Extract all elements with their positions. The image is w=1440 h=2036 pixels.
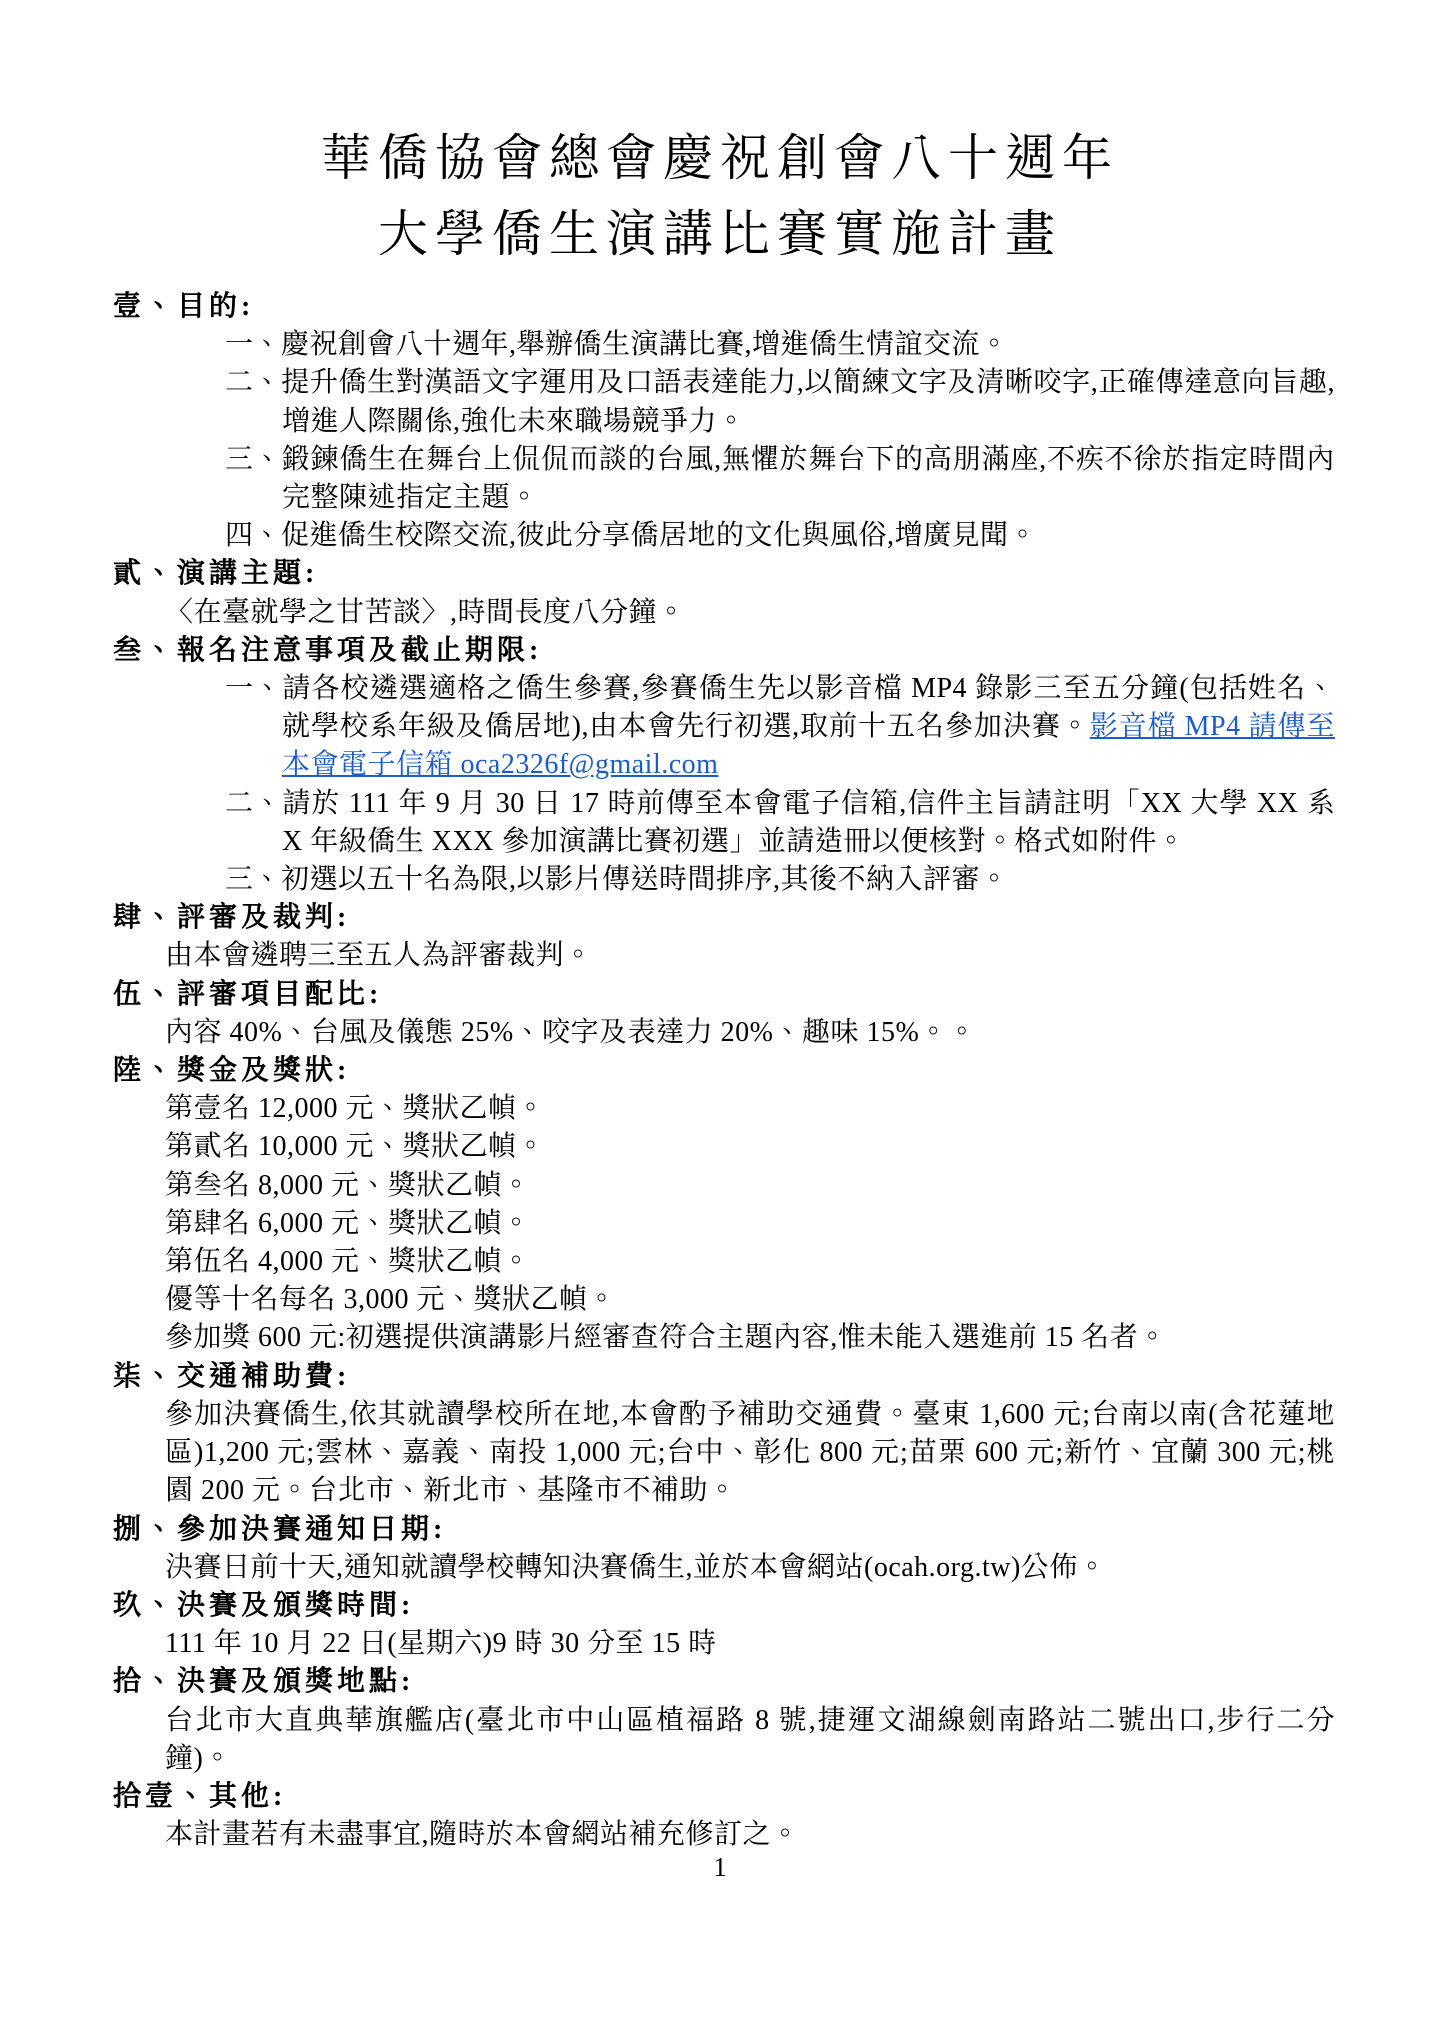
item-number-label: 二、 [225, 788, 282, 819]
paragraph-item: 第貳名 10,000 元、獎狀乙幀。 [165, 1128, 1335, 1166]
paragraph-item: 台北市大直典華旗艦店(臺北市中山區植福路 8 號,捷運文湖線劍南路站二號出口,步… [165, 1702, 1335, 1778]
paragraph-item: 第叁名 8,000 元、獎狀乙幀。 [165, 1167, 1335, 1205]
section-heading: 叁、報名注意事項及截止期限: [113, 632, 1340, 670]
section-heading: 肆、評審及裁判: [113, 899, 1340, 937]
item-text: 第伍名 4,000 元、獎狀乙幀。 [165, 1246, 531, 1277]
item-text: 第叁名 8,000 元、獎狀乙幀。 [165, 1170, 531, 1201]
document-section: 壹、目的: 一、慶祝創會八十週年,舉辦僑生演講比賽,增進僑生情誼交流。二、提升僑… [0, 288, 1440, 555]
paragraph-item: 內容 40%、台風及儀態 25%、咬字及表達力 20%、趣味 15%。。 [165, 1014, 1335, 1052]
section-heading: 壹、目的: [113, 288, 1340, 326]
section-heading: 玖、決賽及頒獎時間: [113, 1587, 1340, 1625]
paragraph-item: 優等十名每名 3,000 元、獎狀乙幀。 [165, 1281, 1335, 1319]
item-text: 第壹名 12,000 元、獎狀乙幀。 [165, 1093, 545, 1124]
item-text: 優等十名每名 3,000 元、獎狀乙幀。 [165, 1284, 616, 1315]
title-line-2: 大學僑生演講比賽實施計畫 [0, 196, 1440, 272]
paragraph-item: 參加決賽僑生,依其就讀學校所在地,本會酌予補助交通費。臺東 1,600 元;台南… [165, 1396, 1335, 1511]
section-items: 決賽日前十天,通知就讀學校轉知決賽僑生,並於本會網站(ocah.org.tw)公… [0, 1549, 1440, 1587]
item-text: 鍛鍊僑生在舞台上侃侃而談的台風,無懼於舞台下的高朋滿座,不疾不徐於指定時間內完整… [282, 444, 1335, 513]
item-number-label: 二、 [225, 367, 281, 398]
section-heading: 拾、決賽及頒獎地點: [113, 1663, 1340, 1701]
item-text: 由本會遴聘三至五人為評審裁判。 [165, 940, 593, 971]
paragraph-item: 由本會遴聘三至五人為評審裁判。 [165, 937, 1335, 975]
document-section: 叁、報名注意事項及截止期限: 一、請各校遴選適格之僑生參賽,參賽僑生先以影音檔 … [0, 632, 1440, 899]
document-body: 壹、目的: 一、慶祝創會八十週年,舉辦僑生演講比賽,增進僑生情誼交流。二、提升僑… [0, 288, 1440, 1854]
paragraph-item: 決賽日前十天,通知就讀學校轉知決賽僑生,並於本會網站(ocah.org.tw)公… [165, 1549, 1335, 1587]
document-title: 華僑協會總會慶祝創會八十週年 大學僑生演講比賽實施計畫 [0, 120, 1440, 272]
item-text: 內容 40%、台風及儀態 25%、咬字及表達力 20%、趣味 15%。。 [165, 1017, 976, 1048]
item-number-label: 三、 [225, 864, 281, 895]
item-text: 參加獎 600 元:初選提供演講影片經審查符合主題內容,惟未能入選進前 15 名… [165, 1322, 1167, 1353]
section-heading: 拾壹、其他: [113, 1778, 1340, 1816]
item-number-label: 四、 [225, 520, 281, 551]
document-section: 陸、獎金及獎狀: 第壹名 12,000 元、獎狀乙幀。第貳名 10,000 元、… [0, 1052, 1440, 1358]
document-section: 伍、評審項目配比: 內容 40%、台風及儀態 25%、咬字及表達力 20%、趣味… [0, 976, 1440, 1052]
document-section: 貳、演講主題: 〈在臺就學之甘苦談〉,時間長度八分鐘。 [0, 555, 1440, 631]
section-heading: 捌、參加決賽通知日期: [113, 1511, 1340, 1549]
section-items: 由本會遴聘三至五人為評審裁判。 [0, 937, 1440, 975]
item-text: 初選以五十名為限,以影片傳送時間排序,其後不納入評審。 [281, 864, 1009, 895]
section-items: 〈在臺就學之甘苦談〉,時間長度八分鐘。 [0, 594, 1440, 632]
document-section: 拾壹、其他: 本計畫若有未盡事宜,隨時於本會網站補充修訂之。 [0, 1778, 1440, 1854]
paragraph-item: 第伍名 4,000 元、獎狀乙幀。 [165, 1243, 1335, 1281]
item-text: 本計畫若有未盡事宜,隨時於本會網站補充修訂之。 [165, 1819, 800, 1850]
item-text: 台北市大直典華旗艦店(臺北市中山區植福路 8 號,捷運文湖線劍南路站二號出口,步… [165, 1705, 1335, 1774]
paragraph-item: 111 年 10 月 22 日(星期六)9 時 30 分至 15 時 [165, 1625, 1335, 1663]
section-items: 內容 40%、台風及儀態 25%、咬字及表達力 20%、趣味 15%。。 [0, 1014, 1440, 1052]
section-items: 111 年 10 月 22 日(星期六)9 時 30 分至 15 時 [0, 1625, 1440, 1663]
numbered-item: 三、鍛鍊僑生在舞台上侃侃而談的台風,無懼於舞台下的高朋滿座,不疾不徐於指定時間內… [225, 441, 1335, 517]
document-section: 柒、交通補助費: 參加決賽僑生,依其就讀學校所在地,本會酌予補助交通費。臺東 1… [0, 1358, 1440, 1511]
numbered-item: 一、慶祝創會八十週年,舉辦僑生演講比賽,增進僑生情誼交流。 [225, 326, 1335, 364]
document-section: 肆、評審及裁判: 由本會遴聘三至五人為評審裁判。 [0, 899, 1440, 975]
numbered-item: 二、請於 111 年 9 月 30 日 17 時前傳至本會電子信箱,信件主旨請註… [225, 785, 1335, 861]
section-heading: 陸、獎金及獎狀: [113, 1052, 1340, 1090]
item-number-label: 一、 [225, 673, 282, 704]
item-number-label: 三、 [225, 444, 282, 475]
numbered-item: 四、促進僑生校際交流,彼此分享僑居地的文化與風俗,增廣見聞。 [225, 517, 1335, 555]
paragraph-item: 參加獎 600 元:初選提供演講影片經審查符合主題內容,惟未能入選進前 15 名… [165, 1319, 1335, 1357]
item-text: 請於 111 年 9 月 30 日 17 時前傳至本會電子信箱,信件主旨請註明「… [282, 788, 1335, 857]
item-text: 〈在臺就學之甘苦談〉,時間長度八分鐘。 [165, 597, 686, 628]
item-text: 提升僑生對漢語文字運用及口語表達能力,以簡練文字及清晰咬字,正確傳達意向旨趣,增… [281, 367, 1335, 436]
item-number-label: 一、 [225, 329, 281, 360]
item-text: 促進僑生校際交流,彼此分享僑居地的文化與風俗,增廣見聞。 [281, 520, 1037, 551]
paragraph-item: 〈在臺就學之甘苦談〉,時間長度八分鐘。 [165, 594, 1335, 632]
section-items: 參加決賽僑生,依其就讀學校所在地,本會酌予補助交通費。臺東 1,600 元;台南… [0, 1396, 1440, 1511]
section-heading: 柒、交通補助費: [113, 1358, 1340, 1396]
document-page: 華僑協會總會慶祝創會八十週年 大學僑生演講比賽實施計畫 壹、目的: 一、慶祝創會… [0, 0, 1440, 2036]
section-items: 一、慶祝創會八十週年,舉辦僑生演講比賽,增進僑生情誼交流。二、提升僑生對漢語文字… [0, 326, 1440, 555]
numbered-item: 二、提升僑生對漢語文字運用及口語表達能力,以簡練文字及清晰咬字,正確傳達意向旨趣… [225, 364, 1335, 440]
document-section: 拾、決賽及頒獎地點: 台北市大直典華旗艦店(臺北市中山區植福路 8 號,捷運文湖… [0, 1663, 1440, 1778]
numbered-item: 三、初選以五十名為限,以影片傳送時間排序,其後不納入評審。 [225, 861, 1335, 899]
item-text: 決賽日前十天,通知就讀學校轉知決賽僑生,並於本會網站(ocah.org.tw)公… [165, 1552, 1106, 1583]
document-section: 玖、決賽及頒獎時間: 111 年 10 月 22 日(星期六)9 時 30 分至… [0, 1587, 1440, 1663]
section-heading: 伍、評審項目配比: [113, 976, 1340, 1014]
section-items: 一、請各校遴選適格之僑生參賽,參賽僑生先以影音檔 MP4 錄影三至五分鐘(包括姓… [0, 670, 1440, 899]
item-text: 慶祝創會八十週年,舉辦僑生演講比賽,增進僑生情誼交流。 [281, 329, 1009, 360]
item-text: 111 年 10 月 22 日(星期六)9 時 30 分至 15 時 [165, 1628, 717, 1659]
paragraph-item: 第壹名 12,000 元、獎狀乙幀。 [165, 1090, 1335, 1128]
section-items: 第壹名 12,000 元、獎狀乙幀。第貳名 10,000 元、獎狀乙幀。第叁名 … [0, 1090, 1440, 1357]
page-number: 1 [0, 1848, 1440, 1886]
item-text: 參加決賽僑生,依其就讀學校所在地,本會酌予補助交通費。臺東 1,600 元;台南… [165, 1399, 1335, 1506]
section-heading: 貳、演講主題: [113, 555, 1340, 593]
item-text: 第貳名 10,000 元、獎狀乙幀。 [165, 1131, 545, 1162]
numbered-item: 一、請各校遴選適格之僑生參賽,參賽僑生先以影音檔 MP4 錄影三至五分鐘(包括姓… [225, 670, 1335, 785]
section-items: 台北市大直典華旗艦店(臺北市中山區植福路 8 號,捷運文湖線劍南路站二號出口,步… [0, 1702, 1440, 1778]
item-text: 第肆名 6,000 元、獎狀乙幀。 [165, 1208, 531, 1239]
title-line-1: 華僑協會總會慶祝創會八十週年 [0, 120, 1440, 196]
document-section: 捌、參加決賽通知日期: 決賽日前十天,通知就讀學校轉知決賽僑生,並於本會網站(o… [0, 1511, 1440, 1587]
paragraph-item: 第肆名 6,000 元、獎狀乙幀。 [165, 1205, 1335, 1243]
